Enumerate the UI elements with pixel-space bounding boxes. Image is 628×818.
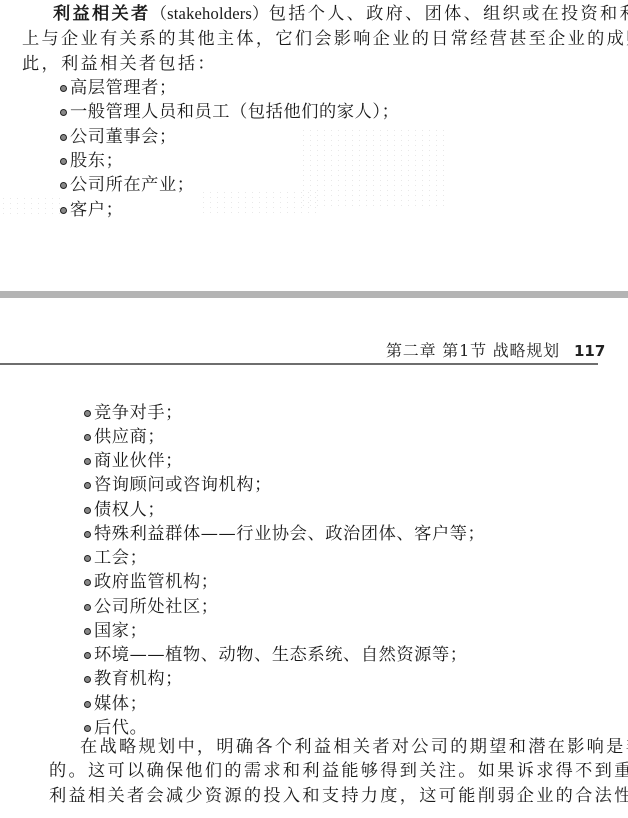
list-item-text: 客户；	[70, 200, 123, 220]
list-item: 商业伙伴；	[84, 451, 183, 471]
list-item: 公司所处社区；	[84, 597, 219, 617]
intro-line-1-text: 包括个人、政府、团体、组织或在投资和利益	[269, 4, 628, 24]
header-rule	[0, 363, 598, 365]
list-item: 公司董事会；	[60, 127, 177, 147]
scan-noise	[300, 128, 450, 208]
list-item-text: 股东；	[70, 151, 123, 171]
list-item-text: 教育机构；	[94, 669, 183, 689]
list-item-text: 咨询顾问或咨询机构；	[94, 475, 272, 495]
scan-noise	[200, 190, 320, 215]
bullet-icon	[84, 434, 91, 441]
list-item: 高层管理者；	[60, 78, 177, 98]
bullet-icon	[84, 410, 91, 417]
intro-paragraph-line-2: 上与企业有关系的其他主体，它们会影响企业的日常经营甚至企业的成败。因	[22, 29, 628, 49]
list-item: 后代。	[84, 718, 147, 738]
closing-paragraph-line-2: 的。这可以确保他们的需求和利益能够得到关注。如果诉求得不到重视，一些	[49, 761, 628, 781]
list-item: 股东；	[60, 151, 123, 171]
bullet-icon	[84, 676, 91, 683]
previous-page-fragment: 利益相关者（stakeholders）包括个人、政府、团体、组织或在投资和利益 …	[0, 0, 628, 291]
list-item: 公司所在产业；	[60, 175, 195, 195]
bullet-icon	[60, 109, 67, 116]
list-item: 特殊利益群体——行业协会、政治团体、客户等；	[84, 524, 485, 544]
bullet-icon	[84, 604, 91, 611]
list-item-text: 环境——植物、动物、生态系统、自然资源等；	[94, 645, 468, 665]
list-item: 工会；	[84, 548, 147, 568]
list-item: 国家；	[84, 621, 147, 641]
intro-paragraph-line-3: 此，利益相关者包括：	[22, 54, 217, 74]
list-item: 客户；	[60, 200, 123, 220]
bullet-icon	[84, 507, 91, 514]
list-item: 供应商；	[84, 427, 165, 447]
bullet-icon	[60, 134, 67, 141]
list-item-text: 特殊利益群体——行业协会、政治团体、客户等；	[94, 524, 485, 544]
list-item: 教育机构；	[84, 669, 183, 689]
list-item-text: 公司所处社区；	[94, 597, 219, 617]
list-item-text: 债权人；	[94, 500, 165, 520]
list-item: 咨询顾问或咨询机构；	[84, 475, 272, 495]
bullet-icon	[84, 482, 91, 489]
list-item-text: 政府监管机构；	[94, 572, 219, 592]
list-item: 一般管理人员和员工（包括他们的家人）；	[60, 102, 399, 122]
page-number: 117	[574, 341, 605, 361]
list-item: 环境——植物、动物、生态系统、自然资源等；	[84, 645, 468, 665]
key-term-english: （stakeholders）	[150, 4, 268, 23]
scan-noise	[0, 196, 60, 218]
bullet-icon	[84, 628, 91, 635]
list-item-text: 国家；	[94, 621, 147, 641]
list-item-text: 媒体；	[94, 694, 147, 714]
key-term: 利益相关者	[53, 4, 150, 24]
list-item-text: 供应商；	[94, 427, 165, 447]
bullet-icon	[84, 701, 91, 708]
bullet-icon	[84, 555, 91, 562]
intro-paragraph-line-1: 利益相关者（stakeholders）包括个人、政府、团体、组织或在投资和利益	[53, 4, 628, 24]
list-item-text: 一般管理人员和员工（包括他们的家人）；	[70, 102, 399, 122]
closing-paragraph-line-1: 在战略规划中，明确各个利益相关者对公司的期望和潜在影响是非常重要	[80, 737, 628, 757]
list-item-text: 公司所在产业；	[70, 175, 195, 195]
list-item: 政府监管机构；	[84, 572, 219, 592]
list-item-text: 后代。	[94, 718, 147, 738]
list-item-text: 高层管理者；	[70, 78, 177, 98]
running-head: 第二章 第1节 战略规划	[386, 341, 560, 361]
bullet-icon	[84, 531, 91, 538]
bullet-icon	[84, 652, 91, 659]
list-item-text: 工会；	[94, 548, 147, 568]
bullet-icon	[60, 158, 67, 165]
bullet-icon	[84, 458, 91, 465]
list-item-text: 公司董事会；	[70, 127, 177, 147]
list-item-text: 竞争对手；	[94, 403, 183, 423]
list-item: 债权人；	[84, 500, 165, 520]
bullet-icon	[60, 207, 67, 214]
list-item-text: 商业伙伴；	[94, 451, 183, 471]
bullet-icon	[60, 182, 67, 189]
bullet-icon	[84, 725, 91, 732]
list-item: 竞争对手；	[84, 403, 183, 423]
page-separator	[0, 291, 628, 298]
list-item: 媒体；	[84, 694, 147, 714]
closing-paragraph-line-3: 利益相关者会减少资源的投入和支持力度，这可能削弱企业的合法性。	[49, 786, 628, 806]
bullet-icon	[60, 85, 67, 92]
bullet-icon	[84, 579, 91, 586]
